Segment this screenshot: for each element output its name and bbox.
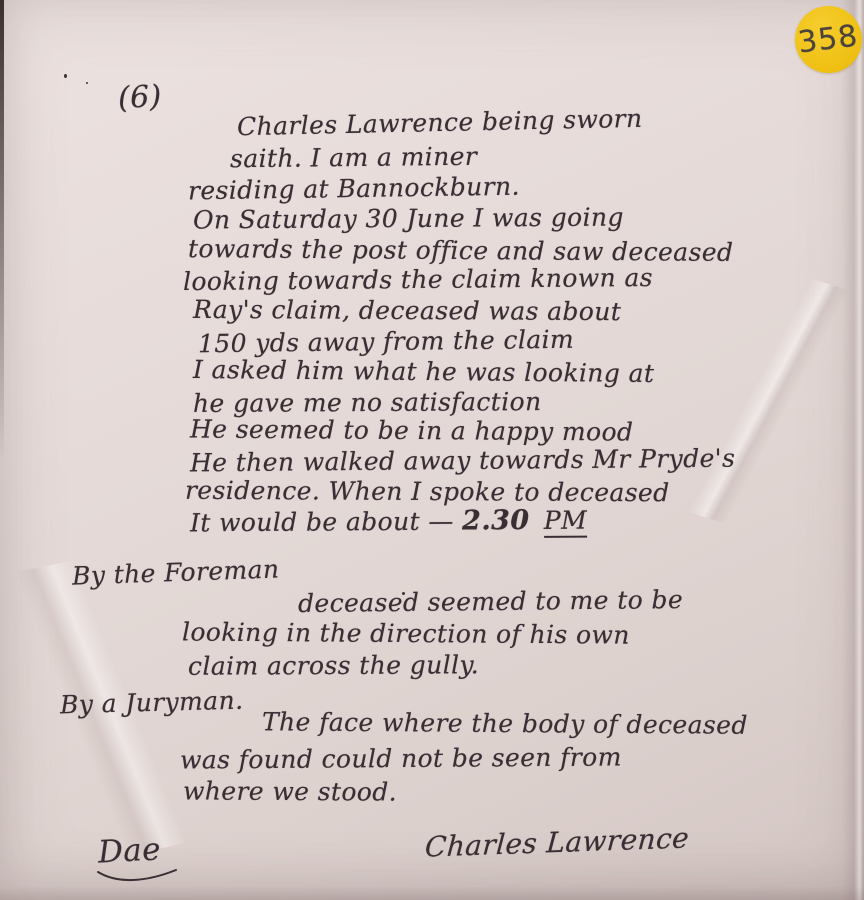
ink-speck (64, 74, 67, 78)
clerk-initials: Dae (97, 831, 162, 870)
testimony-line: He seemed to be in a happy mood (190, 414, 634, 446)
archive-number: 358 (796, 18, 860, 60)
testimony-line: 150 yds away from the claim (198, 325, 574, 359)
testimony-line: Charles Lawrence being sworn (237, 104, 643, 141)
time-value: 2.30 (462, 505, 530, 536)
testimony-line: I asked him what he was looking at (193, 355, 655, 388)
testimony-line: He then walked away towards Mr Pryde's (190, 444, 735, 478)
testimony-line: saith. I am a miner (230, 142, 477, 174)
foreman-line: looking in the direction of his own (182, 617, 630, 649)
paper-crease (653, 253, 864, 547)
testimony-line: residence. When I spoke to deceased (185, 476, 670, 508)
witness-signature: Charles Lawrence (424, 821, 690, 863)
paper-left-edge-shadow (0, 0, 4, 460)
testimony-line: looking towards the claim known as (183, 263, 653, 296)
section-heading-foreman: By the Foreman (72, 554, 280, 590)
testimony-line: Ray's claim, deceased was about (193, 295, 621, 326)
archive-sticker: 358 (795, 6, 862, 73)
testimony-line: residing at Bannockburn. (188, 172, 520, 206)
juryman-line: The face where the body of deceased (262, 707, 748, 739)
testimony-time-line: It would be about — 2.30 PM (190, 505, 587, 539)
paper-right-fold (842, 0, 864, 900)
juryman-line: was found could not be seen from (180, 742, 622, 774)
scanned-document-page: 358 (6) Charles Lawrence being sworn sai… (0, 0, 864, 900)
foreman-line: claim across the gully. (188, 650, 479, 681)
section-heading-juryman: By a Juryman. (60, 686, 244, 720)
paper-bottom-shadow (0, 886, 864, 900)
page-number: (6) (117, 79, 162, 116)
juryman-line: where we stood. (183, 776, 397, 806)
clerk-flourish (94, 868, 180, 884)
time-meridiem: PM (544, 506, 587, 538)
ink-speck (86, 82, 88, 84)
testimony-line: On Saturday 30 June I was going (193, 202, 624, 234)
foreman-line: deceased seemed to me to be (298, 585, 683, 618)
time-line-text: It would be about — (190, 507, 454, 538)
testimony-line: he gave me no satisfaction (193, 387, 542, 418)
